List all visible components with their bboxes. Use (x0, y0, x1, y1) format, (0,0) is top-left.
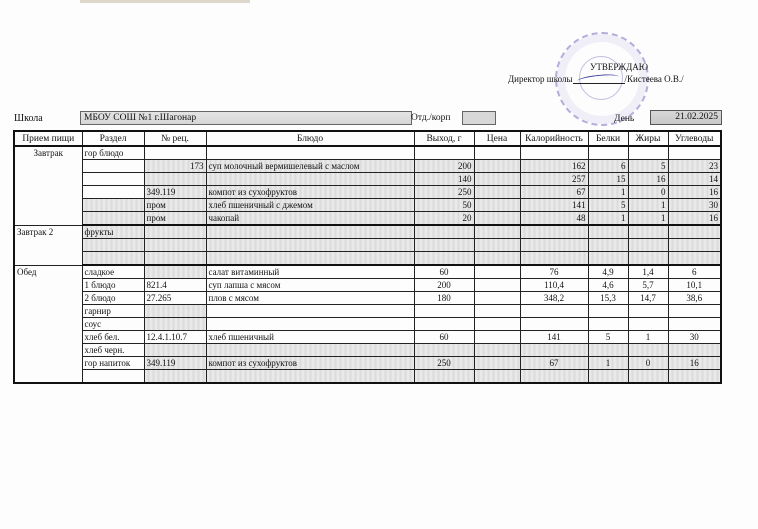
cell-section: хлеб бел. (82, 331, 144, 344)
cell-fat: 16 (628, 173, 668, 186)
cell-section: гор блюдо (82, 146, 144, 160)
cell-section (82, 212, 144, 226)
cell-recipe: 27.265 (144, 292, 206, 305)
cell-price (474, 199, 520, 212)
cell-carbs (668, 252, 721, 266)
cell-dish (206, 305, 414, 318)
cell-weight: 200 (414, 160, 474, 173)
table-row: хлеб бел.12.4.1.10.7хлеб пшеничный601415… (14, 331, 721, 344)
signature (573, 75, 625, 84)
cell-fat (628, 344, 668, 357)
cell-section: 2 блюдо (82, 292, 144, 305)
cell-section: фрукты (82, 225, 144, 239)
cell-carbs (668, 305, 721, 318)
cell-fat (628, 370, 668, 384)
cell-dish: хлеб пшеничный с джемом (206, 199, 414, 212)
cell-kcal (520, 370, 588, 384)
cell-recipe: 821.4 (144, 279, 206, 292)
table-row: соус (14, 318, 721, 331)
cell-fat: 0 (628, 357, 668, 370)
cell-price (474, 186, 520, 199)
table-row: Завтракгор блюдо (14, 146, 721, 160)
cell-recipe (144, 344, 206, 357)
cell-fat: 1,4 (628, 265, 668, 279)
cell-dish (206, 318, 414, 331)
cell-fat: 1 (628, 199, 668, 212)
cell-kcal: 48 (520, 212, 588, 226)
cell-dish: плов с мясом (206, 292, 414, 305)
cell-kcal (520, 225, 588, 239)
cell-dish (206, 173, 414, 186)
cell-weight: 60 (414, 265, 474, 279)
table-row: 1 блюдо821.4суп лапша с мясом200110,44,6… (14, 279, 721, 292)
menu-body: Завтракгор блюдо173суп молочный вермишел… (14, 146, 721, 383)
cell-fat (628, 225, 668, 239)
dept-label: Отд./корп (411, 113, 450, 123)
cell-weight (414, 305, 474, 318)
cell-price (474, 225, 520, 239)
cell-weight: 60 (414, 331, 474, 344)
cell-fat: 14,7 (628, 292, 668, 305)
cell-dish: чакопай (206, 212, 414, 226)
cell-dish: суп лапша с мясом (206, 279, 414, 292)
cell-protein: 15 (588, 173, 628, 186)
cell-protein: 1 (588, 186, 628, 199)
cell-recipe: 349.119 (144, 357, 206, 370)
cell-dish (206, 344, 414, 357)
cell-recipe (144, 265, 206, 279)
cell-dish: хлеб пшеничный (206, 331, 414, 344)
cell-carbs (668, 239, 721, 252)
col-section: Раздел (82, 131, 144, 146)
cell-dish: компот из сухофруктов (206, 357, 414, 370)
table-row: промчакопай20481116 (14, 212, 721, 226)
cell-protein: 15,3 (588, 292, 628, 305)
school-label: Школа (14, 113, 43, 124)
cell-weight: 250 (414, 357, 474, 370)
table-row: Завтрак 2фрукты (14, 225, 721, 239)
cell-dish (206, 239, 414, 252)
cell-protein: 1 (588, 212, 628, 226)
cell-section: сладкое (82, 265, 144, 279)
cell-protein (588, 305, 628, 318)
cell-section: соус (82, 318, 144, 331)
cell-carbs (668, 370, 721, 384)
cell-kcal (520, 146, 588, 160)
cell-recipe (144, 146, 206, 160)
cell-fat (628, 318, 668, 331)
table-row: 173суп молочный вермишелевый с маслом200… (14, 160, 721, 173)
col-weight: Выход, г (414, 131, 474, 146)
table-row: гор напиток349.119компот из сухофруктов2… (14, 357, 721, 370)
cell-fat: 5 (628, 160, 668, 173)
cell-price (474, 146, 520, 160)
col-fat: Жиры (628, 131, 668, 146)
approval-title: УТВЕРЖДАЮ (590, 62, 648, 72)
cell-kcal: 141 (520, 331, 588, 344)
cell-weight (414, 225, 474, 239)
cell-section (82, 199, 144, 212)
cell-price (474, 173, 520, 186)
table-row: 2 блюдо27.265плов с мясом180348,215,314,… (14, 292, 721, 305)
col-meal: Прием пищи (14, 131, 82, 146)
cell-kcal (520, 239, 588, 252)
cell-protein (588, 239, 628, 252)
date-field[interactable]: 21.02.2025 (650, 110, 722, 125)
table-row (14, 370, 721, 384)
cell-kcal: 257 (520, 173, 588, 186)
cell-recipe: 12.4.1.10.7 (144, 331, 206, 344)
cell-weight: 200 (414, 279, 474, 292)
col-recipe: № рец. (144, 131, 206, 146)
cell-recipe (144, 173, 206, 186)
cell-carbs: 16 (668, 186, 721, 199)
cell-kcal: 141 (520, 199, 588, 212)
cell-fat (628, 305, 668, 318)
cell-dish (206, 252, 414, 266)
cell-section: гор напиток (82, 357, 144, 370)
cell-price (474, 265, 520, 279)
cell-recipe: 173 (144, 160, 206, 173)
cell-section (82, 173, 144, 186)
cell-weight (414, 146, 474, 160)
cell-section (82, 186, 144, 199)
director-position: Директор школы (508, 74, 573, 84)
cell-carbs: 16 (668, 212, 721, 226)
cell-protein (588, 146, 628, 160)
cell-kcal (520, 305, 588, 318)
cell-kcal: 67 (520, 186, 588, 199)
cell-kcal: 76 (520, 265, 588, 279)
school-field[interactable]: МБОУ СОШ №1 г.Шагонар (80, 111, 412, 125)
approval-line: Директор школы/Кистеева О.В./ (508, 74, 684, 84)
cell-kcal (520, 318, 588, 331)
cell-kcal: 110,4 (520, 279, 588, 292)
cell-section (82, 239, 144, 252)
cell-carbs (668, 225, 721, 239)
cell-recipe (144, 252, 206, 266)
cell-carbs: 10,1 (668, 279, 721, 292)
cell-fat: 0 (628, 186, 668, 199)
cell-price (474, 370, 520, 384)
cell-fat: 1 (628, 331, 668, 344)
meal-name: Обед (14, 265, 82, 383)
col-carbs: Углеводы (668, 131, 721, 146)
cell-weight: 250 (414, 186, 474, 199)
cell-section (82, 252, 144, 266)
cell-weight (414, 252, 474, 266)
cell-weight: 180 (414, 292, 474, 305)
day-label: День (614, 114, 634, 124)
cell-price (474, 292, 520, 305)
cell-fat (628, 146, 668, 160)
col-protein: Белки (588, 131, 628, 146)
cell-protein: 5 (588, 331, 628, 344)
cell-section: гарнир (82, 305, 144, 318)
cell-weight: 140 (414, 173, 474, 186)
cell-dish: компот из сухофруктов (206, 186, 414, 199)
scan-artifact (80, 0, 250, 3)
cell-protein (588, 344, 628, 357)
cell-protein: 1 (588, 357, 628, 370)
cell-protein: 5 (588, 199, 628, 212)
cell-dish (206, 370, 414, 384)
cell-price (474, 239, 520, 252)
director-name: /Кистеева О.В./ (625, 74, 684, 84)
cell-kcal: 67 (520, 357, 588, 370)
cell-protein (588, 370, 628, 384)
cell-kcal: 348,2 (520, 292, 588, 305)
cell-carbs: 38,6 (668, 292, 721, 305)
cell-weight (414, 239, 474, 252)
cell-price (474, 344, 520, 357)
cell-carbs: 14 (668, 173, 721, 186)
cell-weight (414, 344, 474, 357)
col-dish: Блюдо (206, 131, 414, 146)
cell-section: хлеб черн. (82, 344, 144, 357)
col-kcal: Калорийность (520, 131, 588, 146)
dept-field[interactable] (462, 111, 496, 125)
cell-protein: 6 (588, 160, 628, 173)
cell-carbs (668, 318, 721, 331)
table-row (14, 252, 721, 266)
cell-section (82, 160, 144, 173)
cell-price (474, 331, 520, 344)
cell-kcal (520, 344, 588, 357)
cell-recipe (144, 305, 206, 318)
cell-price (474, 318, 520, 331)
cell-recipe (144, 370, 206, 384)
cell-protein: 4,9 (588, 265, 628, 279)
cell-dish: салат витаминный (206, 265, 414, 279)
cell-price (474, 160, 520, 173)
cell-fat (628, 239, 668, 252)
table-row: гарнир (14, 305, 721, 318)
cell-recipe (144, 225, 206, 239)
cell-fat: 5,7 (628, 279, 668, 292)
table-row: промхлеб пшеничный с джемом501415130 (14, 199, 721, 212)
cell-kcal (520, 252, 588, 266)
cell-carbs (668, 344, 721, 357)
cell-dish (206, 225, 414, 239)
cell-recipe (144, 318, 206, 331)
table-row (14, 239, 721, 252)
cell-weight (414, 370, 474, 384)
cell-dish: суп молочный вермишелевый с маслом (206, 160, 414, 173)
cell-price (474, 252, 520, 266)
cell-section: 1 блюдо (82, 279, 144, 292)
table-row: 140257151614 (14, 173, 721, 186)
cell-recipe: пром (144, 212, 206, 226)
table-row: Обедсладкоесалат витаминный60764,91,46 (14, 265, 721, 279)
menu-table: Прием пищи Раздел № рец. Блюдо Выход, г … (13, 130, 722, 384)
table-row: 349.119компот из сухофруктов250671016 (14, 186, 721, 199)
table-header: Прием пищи Раздел № рец. Блюдо Выход, г … (14, 131, 721, 146)
cell-weight (414, 318, 474, 331)
cell-recipe (144, 239, 206, 252)
cell-carbs: 6 (668, 265, 721, 279)
cell-protein: 4,6 (588, 279, 628, 292)
meal-name: Завтрак 2 (14, 225, 82, 265)
cell-dish (206, 146, 414, 160)
cell-protein (588, 318, 628, 331)
cell-carbs: 30 (668, 331, 721, 344)
cell-weight: 50 (414, 199, 474, 212)
cell-price (474, 357, 520, 370)
table-row: хлеб черн. (14, 344, 721, 357)
cell-carbs: 30 (668, 199, 721, 212)
cell-fat: 1 (628, 212, 668, 226)
cell-protein (588, 225, 628, 239)
cell-price (474, 305, 520, 318)
cell-kcal: 162 (520, 160, 588, 173)
cell-recipe: 349.119 (144, 186, 206, 199)
cell-carbs: 16 (668, 357, 721, 370)
cell-weight: 20 (414, 212, 474, 226)
col-price: Цена (474, 131, 520, 146)
cell-recipe: пром (144, 199, 206, 212)
cell-price (474, 279, 520, 292)
cell-price (474, 212, 520, 226)
meal-name: Завтрак (14, 146, 82, 225)
cell-section (82, 370, 144, 384)
cell-carbs (668, 146, 721, 160)
cell-protein (588, 252, 628, 266)
cell-fat (628, 252, 668, 266)
cell-carbs: 23 (668, 160, 721, 173)
